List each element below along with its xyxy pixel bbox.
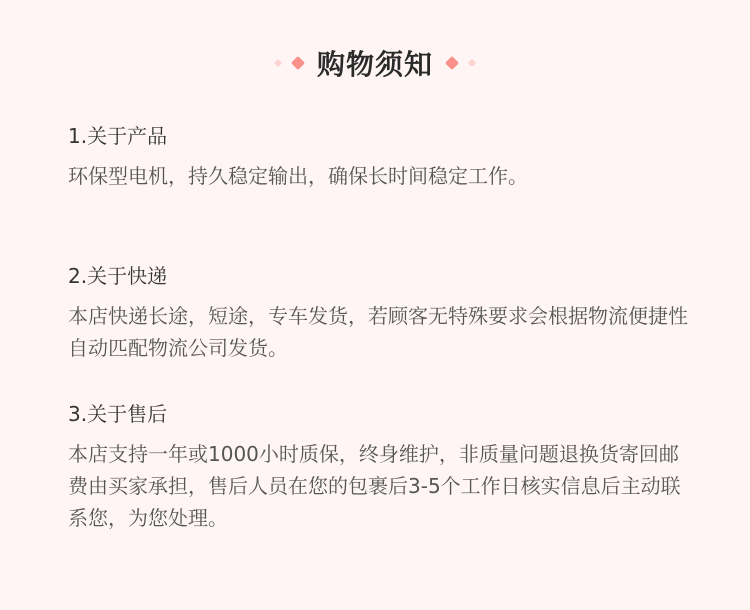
- diamond-decoration-icon: [291, 56, 305, 70]
- section-body: 环保型电机，持久稳定输出，确保长时间稳定工作。: [68, 160, 688, 192]
- section-heading: 3.关于售后: [68, 400, 688, 428]
- section-after-sales: 3.关于售后 本店支持一年或1000小时质保，终身维护，非质量问题退换货寄回邮费…: [68, 400, 688, 534]
- section-shipping: 2.关于快递 本店快递长途，短途，专车发货，若顾客无特殊要求会根据物流便捷性自动…: [68, 262, 688, 364]
- section-body: 本店支持一年或1000小时质保，终身维护，非质量问题退换货寄回邮费由买家承担，售…: [68, 438, 688, 534]
- page-title: 购物须知: [317, 43, 433, 83]
- section-heading: 2.关于快递: [68, 262, 688, 290]
- page-header: 购物须知: [0, 38, 750, 88]
- section-body: 本店快递长途，短途，专车发货，若顾客无特殊要求会根据物流便捷性自动匹配物流公司发…: [68, 300, 688, 364]
- diamond-decoration-icon: [468, 59, 476, 67]
- section-heading: 1.关于产品: [68, 122, 688, 150]
- section-product: 1.关于产品 环保型电机，持久稳定输出，确保长时间稳定工作。: [68, 122, 688, 192]
- diamond-decoration-icon: [445, 56, 459, 70]
- diamond-decoration-icon: [274, 59, 282, 67]
